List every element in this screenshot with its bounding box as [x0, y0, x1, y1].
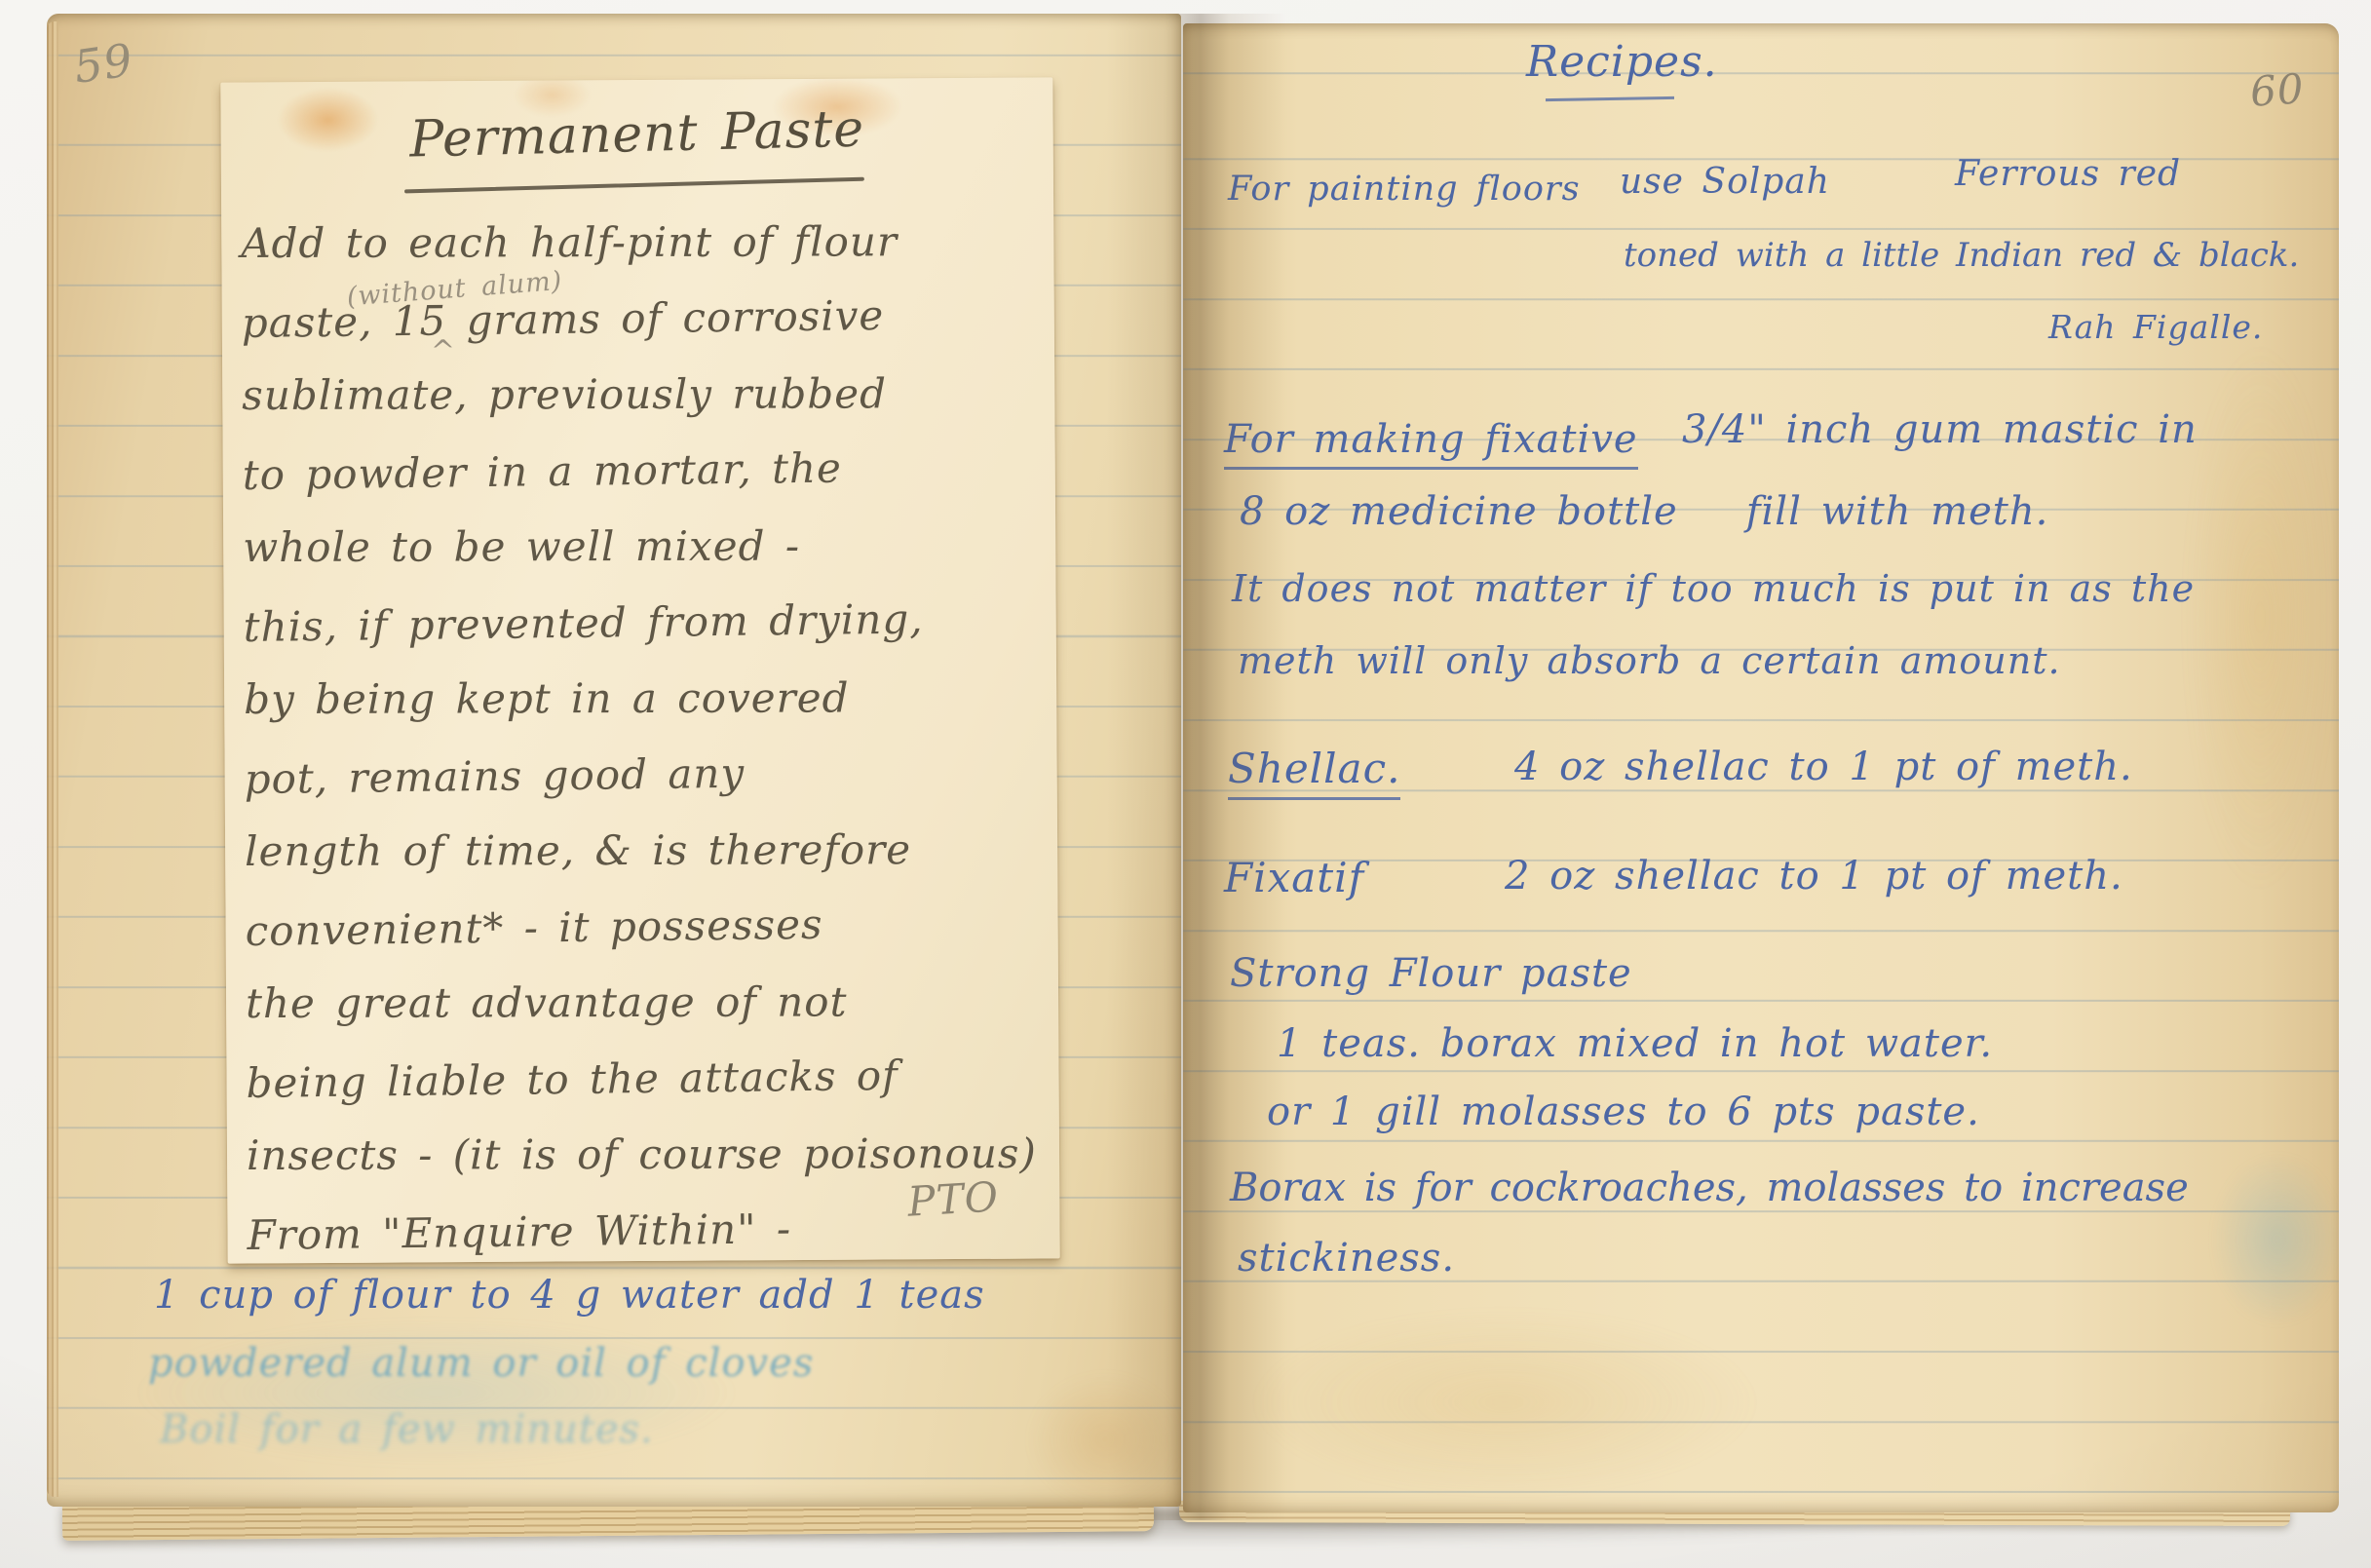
fixative-bottle: 8 oz medicine bottle — [1240, 489, 1678, 534]
note-line: convenient* - it possesses — [245, 880, 1054, 966]
page-number-60: 60 — [2248, 64, 2306, 116]
flour-paste-heading: Strong Flour paste — [1230, 951, 1632, 996]
note-line: pot, remains good any — [244, 728, 1053, 814]
page-right: 60 Recipes. For painting floors use Solp… — [1183, 23, 2339, 1512]
open-notebook: 59 Permanent Paste Add to each half-pint… — [47, 14, 2339, 1520]
caret-mark: ^ — [431, 334, 456, 368]
note-line: to powder in a mortar, the — [242, 424, 1052, 510]
note-line: this, if prevented from drying, — [243, 576, 1052, 662]
note-line: by being kept in a covered — [244, 656, 1052, 734]
fixative-amount: 3/4" inch gum mastic in — [1682, 407, 2198, 452]
footnote-line-faded: Boil for a few minutes. — [160, 1407, 654, 1452]
page-edge-stack — [47, 21, 60, 1497]
page-left: 59 Permanent Paste Add to each half-pint… — [47, 14, 1181, 1507]
painting-floors-heading: For painting floors — [1228, 170, 1581, 209]
fixative-heading: For making fixative — [1224, 417, 1638, 462]
note-line: sublimate, previously rubbed — [242, 352, 1051, 430]
fixatif-heading: Fixatif — [1224, 854, 1364, 901]
notebook-photo: 59 Permanent Paste Add to each half-pint… — [0, 0, 2371, 1568]
note-line: whole to be well mixed - — [243, 504, 1052, 582]
note-line: Add to each half-pint of flour — [241, 200, 1050, 278]
stain — [1251, 1310, 1758, 1495]
stain — [1029, 1374, 1181, 1505]
painting-floors-signature: Rah Figalle. — [2048, 308, 2263, 346]
note-line: length of time, & is therefore — [245, 808, 1053, 886]
shellac-text: 4 oz shellac to 1 pt of meth. — [1514, 745, 2133, 789]
fixative-note-2: meth will only absorb a certain amount. — [1238, 639, 2061, 682]
flour-paste-line-2: or 1 gill molasses to 6 pts paste. — [1267, 1090, 1980, 1134]
footnote-line: 1 cup of flour to 4 g water add 1 teas — [154, 1273, 985, 1318]
title-underline — [404, 177, 864, 194]
flour-paste-line-1: 1 teas. borax mixed in hot water. — [1277, 1021, 1993, 1066]
note-line: the great advantage of not — [246, 960, 1054, 1038]
painting-floors-instruction: use Solpah — [1620, 162, 1830, 202]
ink-smudge — [2212, 1154, 2339, 1325]
painting-floors-toned-line: toned with a little Indian red & black. — [1624, 236, 2299, 275]
note-title: Permanent Paste — [220, 96, 1053, 173]
footnote-line-faded: powdered alum or oil of cloves — [148, 1341, 814, 1386]
pto-mark: PTO — [906, 1172, 1000, 1225]
recipes-title: Recipes. — [1526, 37, 1718, 87]
page-number-59: 59 — [71, 33, 136, 94]
note-line: being liable to the attacks of — [246, 1032, 1055, 1118]
pasted-note: Permanent Paste Add to each half-pint of… — [220, 77, 1059, 1263]
painting-floors-pigment: Ferrous red — [1955, 154, 2181, 194]
borax-note-line-1: Borax is for cockroaches, molasses to in… — [1230, 1166, 2189, 1210]
fixative-bottle-line: 8 oz medicine bottlefill with meth. — [1240, 489, 2048, 534]
fixative-note-1: It does not matter if too much is put in… — [1232, 567, 2195, 610]
borax-note-line-2: stickiness. — [1238, 1236, 1455, 1281]
note-body: Add to each half-pint of flour paste, 15… — [241, 198, 1056, 1263]
shellac-heading: Shellac. — [1228, 745, 1400, 792]
fixative-fill: fill with meth. — [1746, 489, 2049, 534]
fixative-heading-text: For making fixative — [1224, 417, 1638, 470]
shellac-heading-text: Shellac. — [1228, 745, 1400, 800]
stain — [2187, 345, 2333, 891]
title-underline — [1546, 96, 1674, 101]
fixatif-text: 2 oz shellac to 1 pt of meth. — [1505, 854, 2123, 899]
